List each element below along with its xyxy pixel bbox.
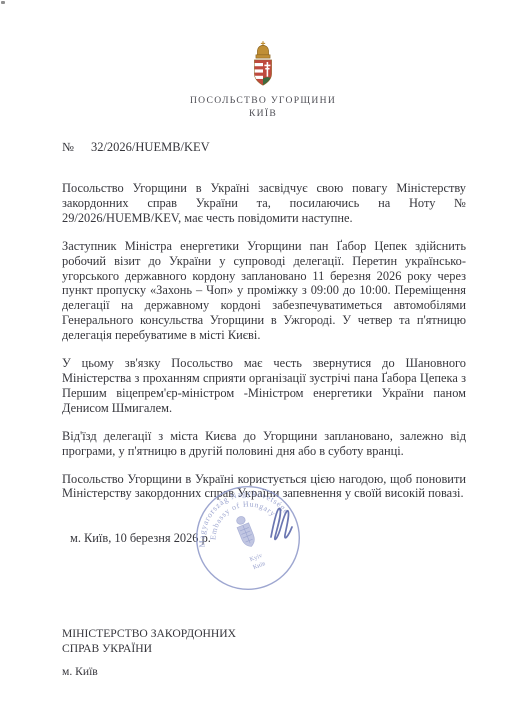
embassy-name: ПОСОЛЬСТВО УГОРЩИНИ (0, 95, 526, 106)
scan-artifact (1, 1, 5, 4)
hungary-coat-of-arms-icon (247, 40, 279, 90)
paragraph-departure: Від'їзд делегації з міста Києва до Угорщ… (62, 429, 466, 459)
reference-no-symbol: № (62, 140, 74, 154)
recipient-block: МІНІСТЕРСТВО ЗАКОРДОННИХ СПРАВ УКРАЇНИ м… (62, 626, 236, 679)
stamp-coat-of-arms (234, 515, 257, 549)
signature-scribble (264, 497, 304, 551)
recipient-line1: МІНІСТЕРСТВО ЗАКОРДОННИХ (62, 626, 236, 641)
reference-number: 32/2026/HUEMB/KEV (91, 140, 210, 154)
paragraph-meeting-request: У цьому зв'язку Посольство має честь зве… (62, 356, 466, 416)
embassy-city: КИЇВ (0, 108, 526, 119)
diplomatic-note-page: ПОСОЛЬСТВО УГОРЩИНИ КИЇВ №32/2026/HUEMB/… (0, 0, 526, 702)
recipient-line2: СПРАВ УКРАЇНИ (62, 641, 236, 656)
recipient-city: м. Київ (62, 664, 236, 679)
dateline: м. Київ, 10 березня 2026 р. (70, 531, 211, 546)
letterhead: ПОСОЛЬСТВО УГОРЩИНИ КИЇВ (0, 40, 526, 119)
paragraph-salutation: Посольство Угорщини в Україні засвідчує … (62, 181, 466, 226)
paragraph-visit-details: Заступник Міністра енергетики Угорщини п… (62, 239, 466, 343)
note-body: Посольство Угорщини в Україні засвідчує … (62, 181, 466, 514)
reference-line: №32/2026/HUEMB/KEV (62, 140, 210, 155)
